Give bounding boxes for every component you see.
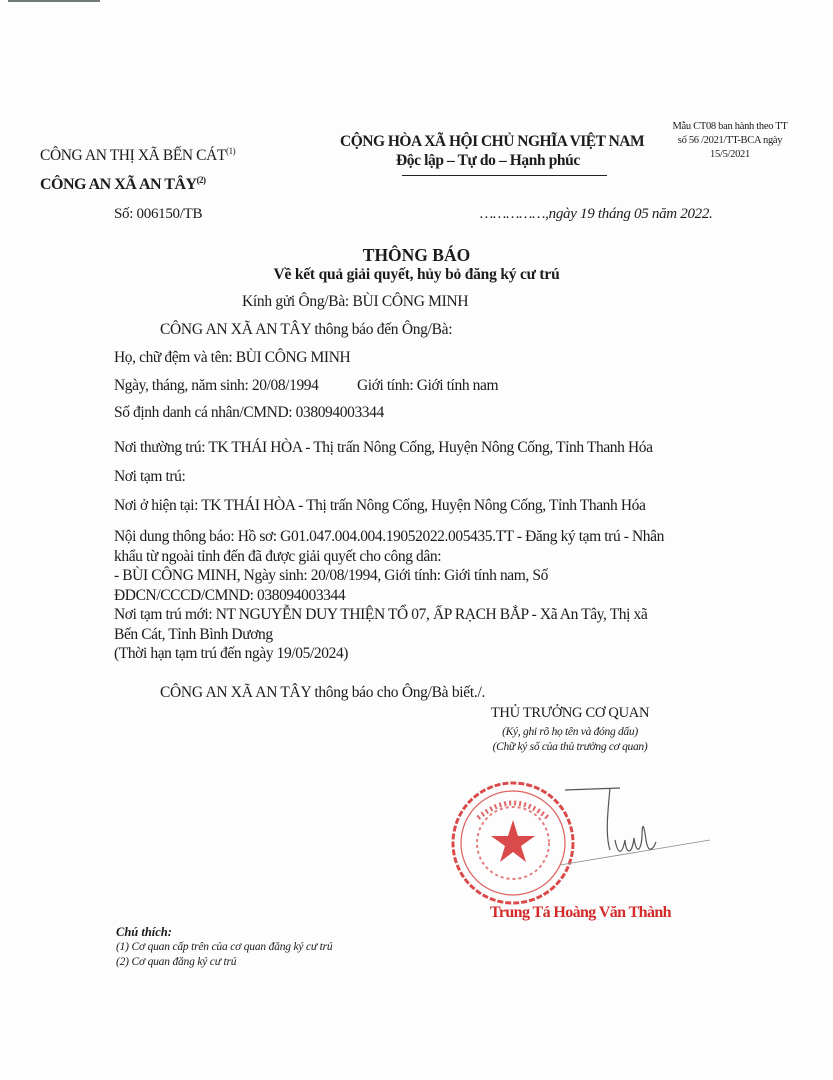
temporary-residence-field: Nơi tạm trú: — [114, 468, 185, 486]
signatory-note-2: (Chữ ký số của thủ trưởng cơ quan) — [0, 741, 833, 753]
motto-underline — [402, 175, 607, 176]
content-line: - BÙI CÔNG MINH, Ngày sinh: 20/08/1994, … — [114, 566, 734, 586]
signer-name: Trung Tá Hoàng Văn Thành — [490, 904, 671, 922]
signatory-title: THỦ TRƯỞNG CƠ QUAN — [0, 705, 833, 722]
full-name-field: Họ, chữ đệm và tên: BÙI CÔNG MINH — [114, 349, 350, 367]
content-line: (Thời hạn tạm trú đến ngày 19/05/2024) — [114, 644, 734, 664]
document-date: ……………,ngày 19 tháng 05 năm 2022. — [480, 206, 713, 223]
current-residence-field: Nơi ở hiện tại: TK THÁI HÒA - Thị trấn N… — [114, 497, 645, 515]
permanent-residence-field: Nơi thường trú: TK THÁI HÒA - Thị trấn N… — [114, 439, 653, 457]
handwritten-signature-icon — [560, 780, 720, 870]
intro-text: CÔNG AN XÃ AN TÂY thông báo đến Ông/Bà: — [160, 321, 452, 339]
closing-text: CÔNG AN XÃ AN TÂY thông báo cho Ông/Bà b… — [160, 684, 485, 702]
content-line: Bến Cát, Tỉnh Bình Dương — [114, 625, 734, 645]
document-number: Số: 006150/TB — [114, 206, 202, 223]
national-title: CỘNG HÒA XÃ HỘI CHỦ NGHĨA VIỆT NAM — [340, 133, 644, 151]
national-motto: Độc lập – Tự do – Hạnh phúc — [396, 152, 580, 170]
scan-edge-mark — [8, 0, 100, 2]
id-number-field: Số định danh cá nhân/CMND: 038094003344 — [114, 404, 384, 422]
content-line: Nơi tạm trú mới: NT NGUYỄN DUY THIỆN TỔ … — [114, 605, 734, 625]
notice-content: Nội dung thông báo: Hồ sơ: G01.047.004.0… — [114, 527, 734, 664]
signatory-note-1: (Ký, ghi rõ họ tên và đóng dấu) — [0, 726, 833, 738]
footnotes-title: Chú thích: — [116, 925, 172, 940]
official-seal-icon — [448, 778, 578, 908]
document-subtitle: Về kết quả giải quyết, hủy bỏ đăng ký cư… — [0, 266, 833, 284]
footnote-item: (2) Cơ quan đăng ký cư trú — [116, 956, 236, 968]
form-note: Mẫu CT08 ban hành theo TT số 56 /2021/TT… — [670, 120, 790, 162]
content-line: Nội dung thông báo: Hồ sơ: G01.047.004.0… — [114, 527, 734, 547]
content-line: khẩu từ ngoài tỉnh đến đã được giải quyế… — [114, 547, 734, 567]
document-title: THÔNG BÁO — [0, 245, 833, 266]
birth-date-field: Ngày, tháng, năm sinh: 20/08/1994 — [114, 377, 319, 395]
issuing-agency: CÔNG AN XÃ AN TÂY(2) — [40, 175, 206, 194]
footnote-item: (1) Cơ quan cấp trên của cơ quan đăng ký… — [116, 941, 332, 953]
salutation: Kính gửi Ông/Bà: BÙI CÔNG MINH — [242, 293, 468, 311]
content-line: ĐDCN/CCCD/CMND: 038094003344 — [114, 586, 734, 606]
gender-field: Giới tính: Giới tính nam — [357, 377, 498, 395]
parent-agency: CÔNG AN THỊ XÃ BẾN CÁT(1) — [40, 146, 235, 165]
